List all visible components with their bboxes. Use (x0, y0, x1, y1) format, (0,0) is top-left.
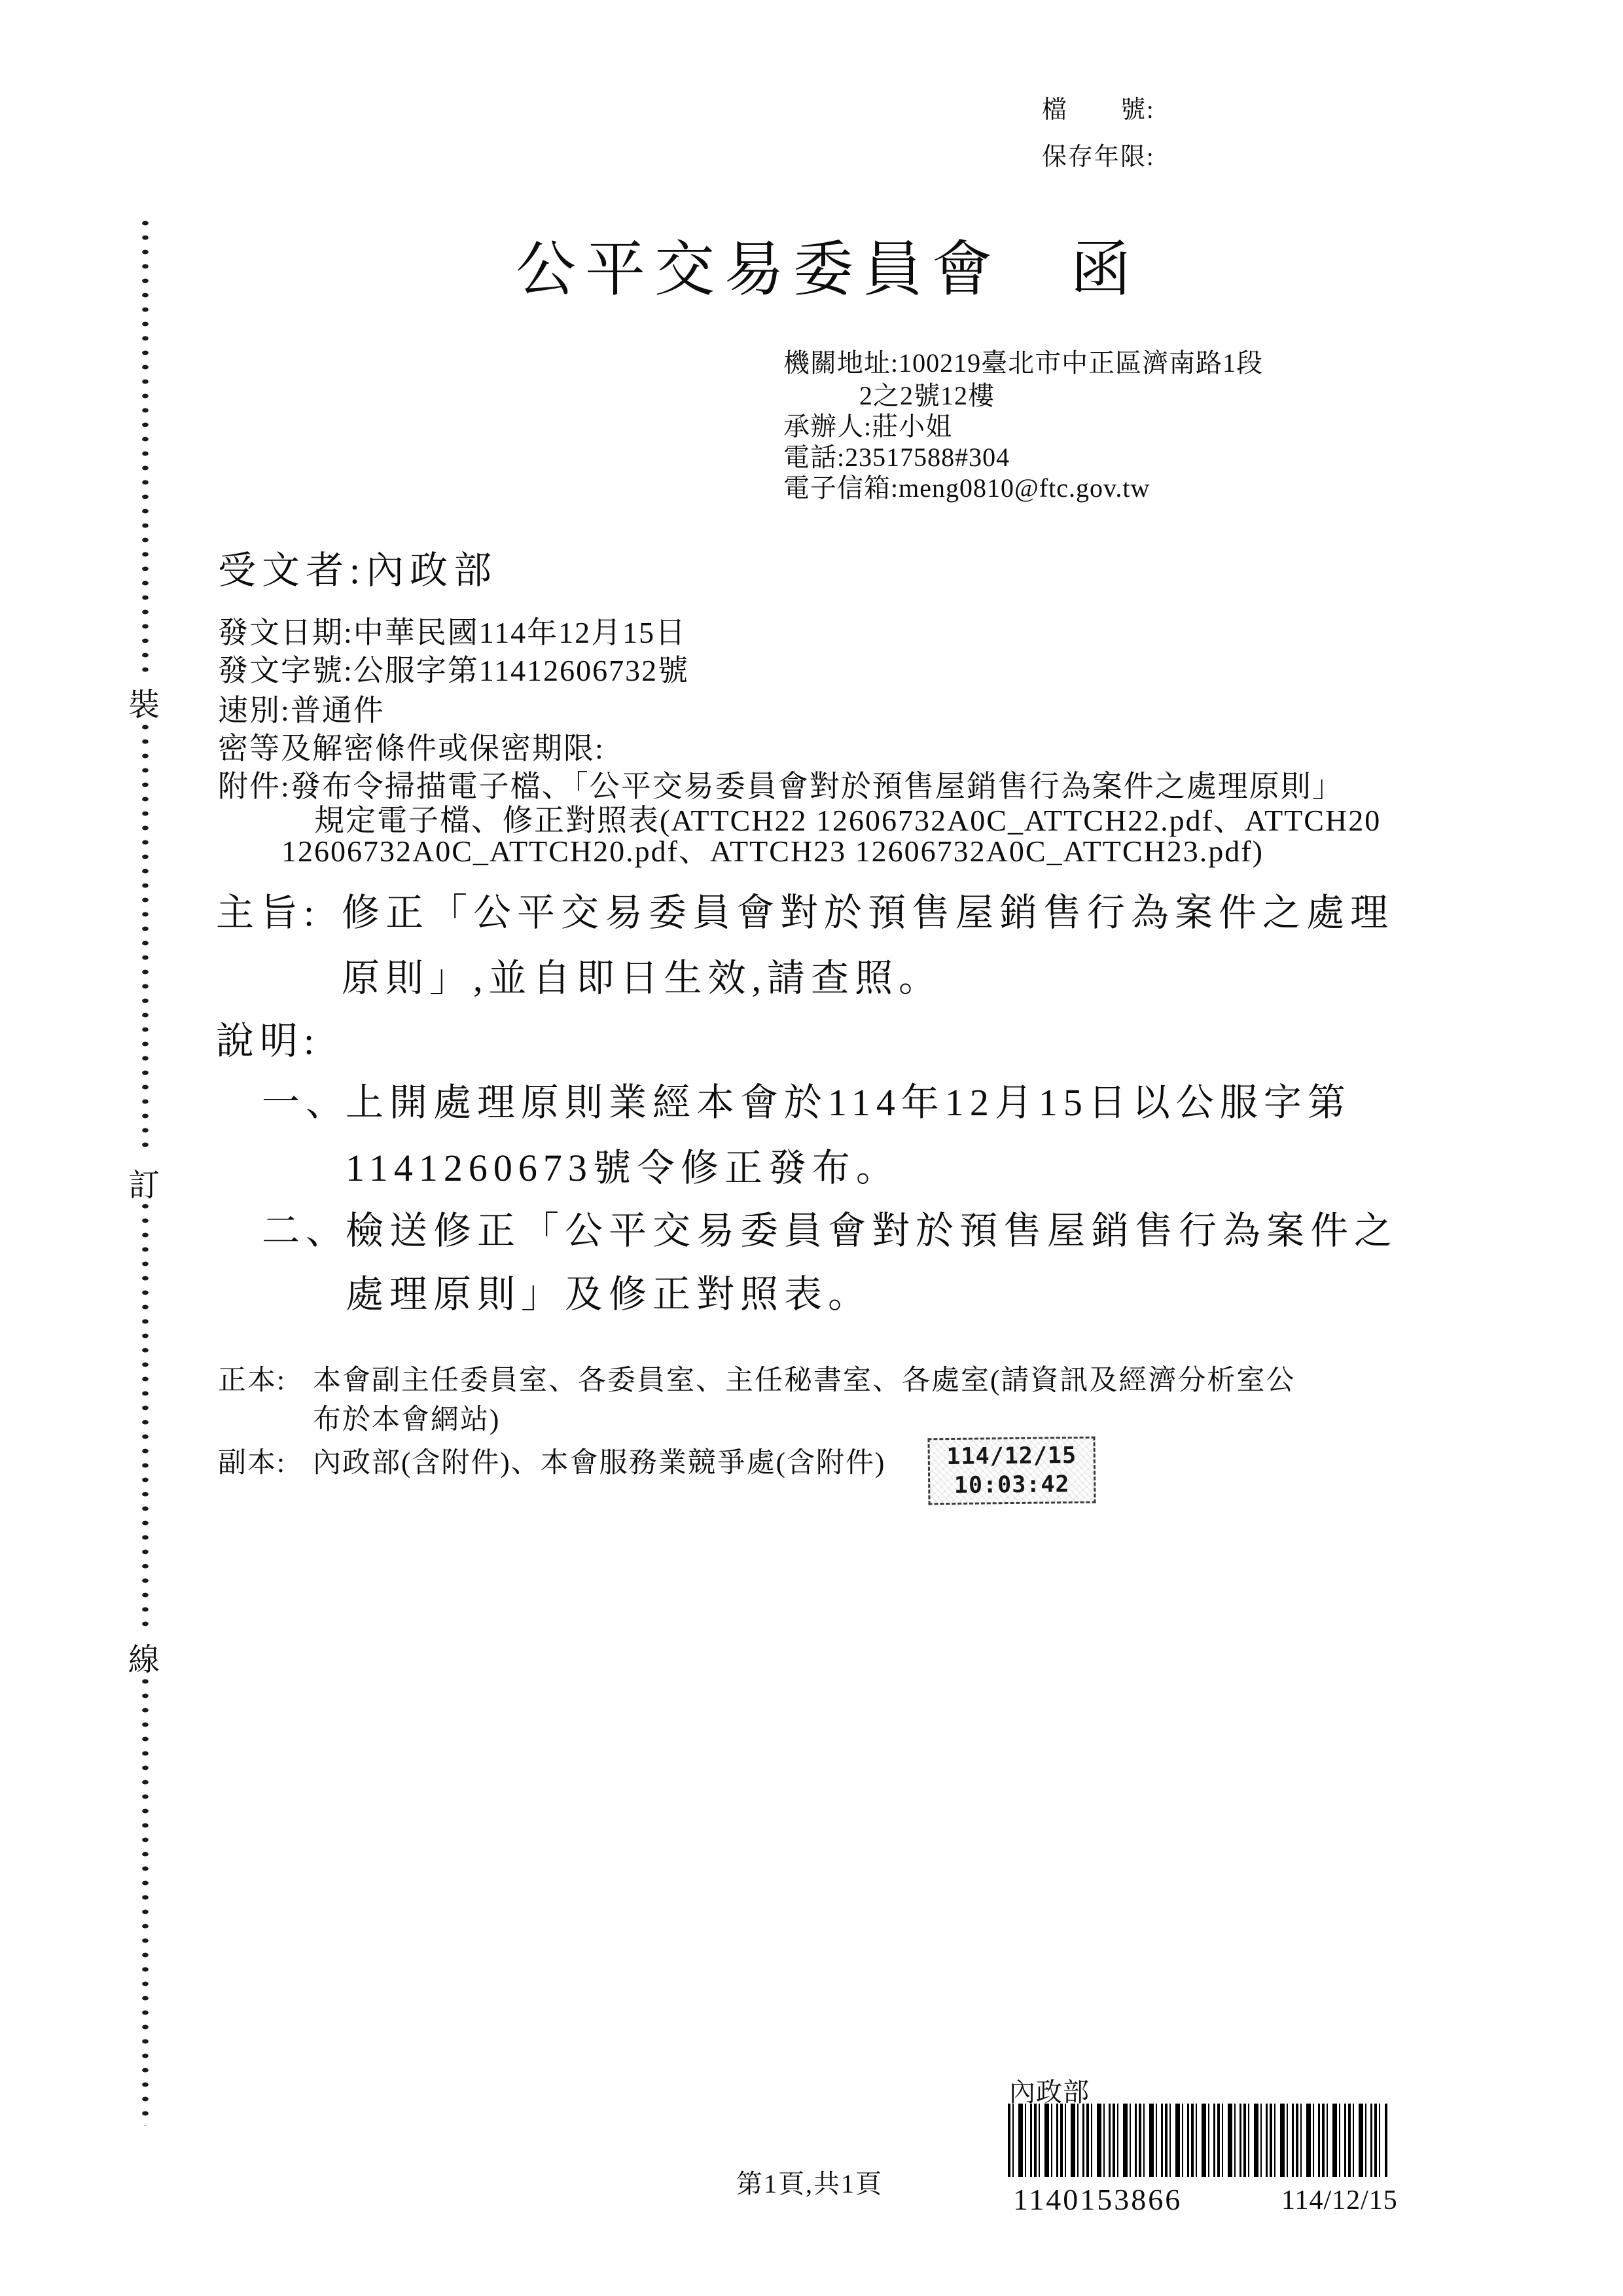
original-copy-line-1: 本會副主任委員室、各委員室、主任秘書室、各處室(請資訊及經濟分析室公 (313, 1358, 1295, 1398)
binding-mark-zhuang: 裝 (128, 679, 160, 725)
recipient-line: 受文者:內政部 (218, 539, 497, 594)
item-2-line-2: 處理原則」及修正對照表。 (346, 1263, 872, 1318)
receipt-stamp: 114/12/15 10:03:42 (927, 1437, 1096, 1505)
subject-label: 主旨: (216, 882, 320, 937)
original-copy-label: 正本: (218, 1358, 286, 1398)
stamp-date: 114/12/15 (930, 1441, 1094, 1472)
footer-page-number: 第1頁,共1頁 (736, 2163, 883, 2200)
issue-date-line: 發文日期:中華民國114年12月15日 (218, 609, 687, 652)
item-1-line-2: 1141260673號令修正發布。 (346, 1137, 900, 1192)
binding-mark-xian: 線 (128, 1634, 160, 1679)
binding-mark-ding: 訂 (128, 1160, 160, 1205)
agency-address-line1: 機關地址:100219臺北市中正區濟南路1段 (783, 342, 1263, 380)
attachment-line-3: 12606732A0C_ATTCH20.pdf、ATTCH23 12606732… (281, 827, 1264, 870)
scanned-official-letter: 檔 號: 保存年限: 公平交易委員會 函 機關地址:100219臺北市中正區濟南… (0, 0, 1623, 2296)
doc-number-line: 發文字號:公服字第11412606732號 (218, 647, 689, 690)
item-2-number: 二、 (262, 1200, 349, 1255)
item-2-line-1: 檢送修正「公平交易委員會對於預售屋銷售行為案件之 (346, 1200, 1398, 1255)
file-number-label: 檔 號: (1042, 89, 1155, 125)
stamp-time: 10:03:42 (930, 1470, 1094, 1501)
speed-class-line: 速別:普通件 (218, 687, 385, 730)
barcode (1008, 2104, 1387, 2177)
binding-dotted-line-segment-4 (142, 1674, 149, 2126)
security-class-line: 密等及解密條件或保密期限: (218, 725, 605, 768)
original-copy-line-2: 布於本會網站) (313, 1397, 500, 1437)
subject-line-1: 修正「公平交易委員會對於預售屋銷售行為案件之處理 (342, 882, 1394, 937)
description-label: 說明: (216, 1010, 320, 1065)
retention-period-label: 保存年限: (1042, 136, 1155, 172)
carbon-copy-text: 內政部(含附件)、本會服務業競爭處(含附件) (313, 1441, 885, 1480)
item-1-line-1: 上開處理原則業經本會於114年12月15日以公服字第 (346, 1071, 1351, 1126)
subject-line-2: 原則」,並自即日生效,請查照。 (342, 947, 942, 1002)
barcode-date: 114/12/15 (1281, 2185, 1398, 2216)
carbon-copy-label: 副本: (218, 1441, 286, 1480)
binding-dotted-line-segment-2 (142, 720, 149, 1155)
agency-email: 電子信箱:meng0810@ftc.gov.tw (783, 467, 1150, 505)
barcode-number: 1140153866 (1013, 2182, 1182, 2217)
letter-title: 公平交易委員會 函 (516, 221, 1140, 308)
binding-dotted-line-segment-3 (142, 1199, 149, 1630)
item-1-number: 一、 (262, 1071, 349, 1126)
binding-dotted-line-segment-1 (142, 216, 149, 674)
